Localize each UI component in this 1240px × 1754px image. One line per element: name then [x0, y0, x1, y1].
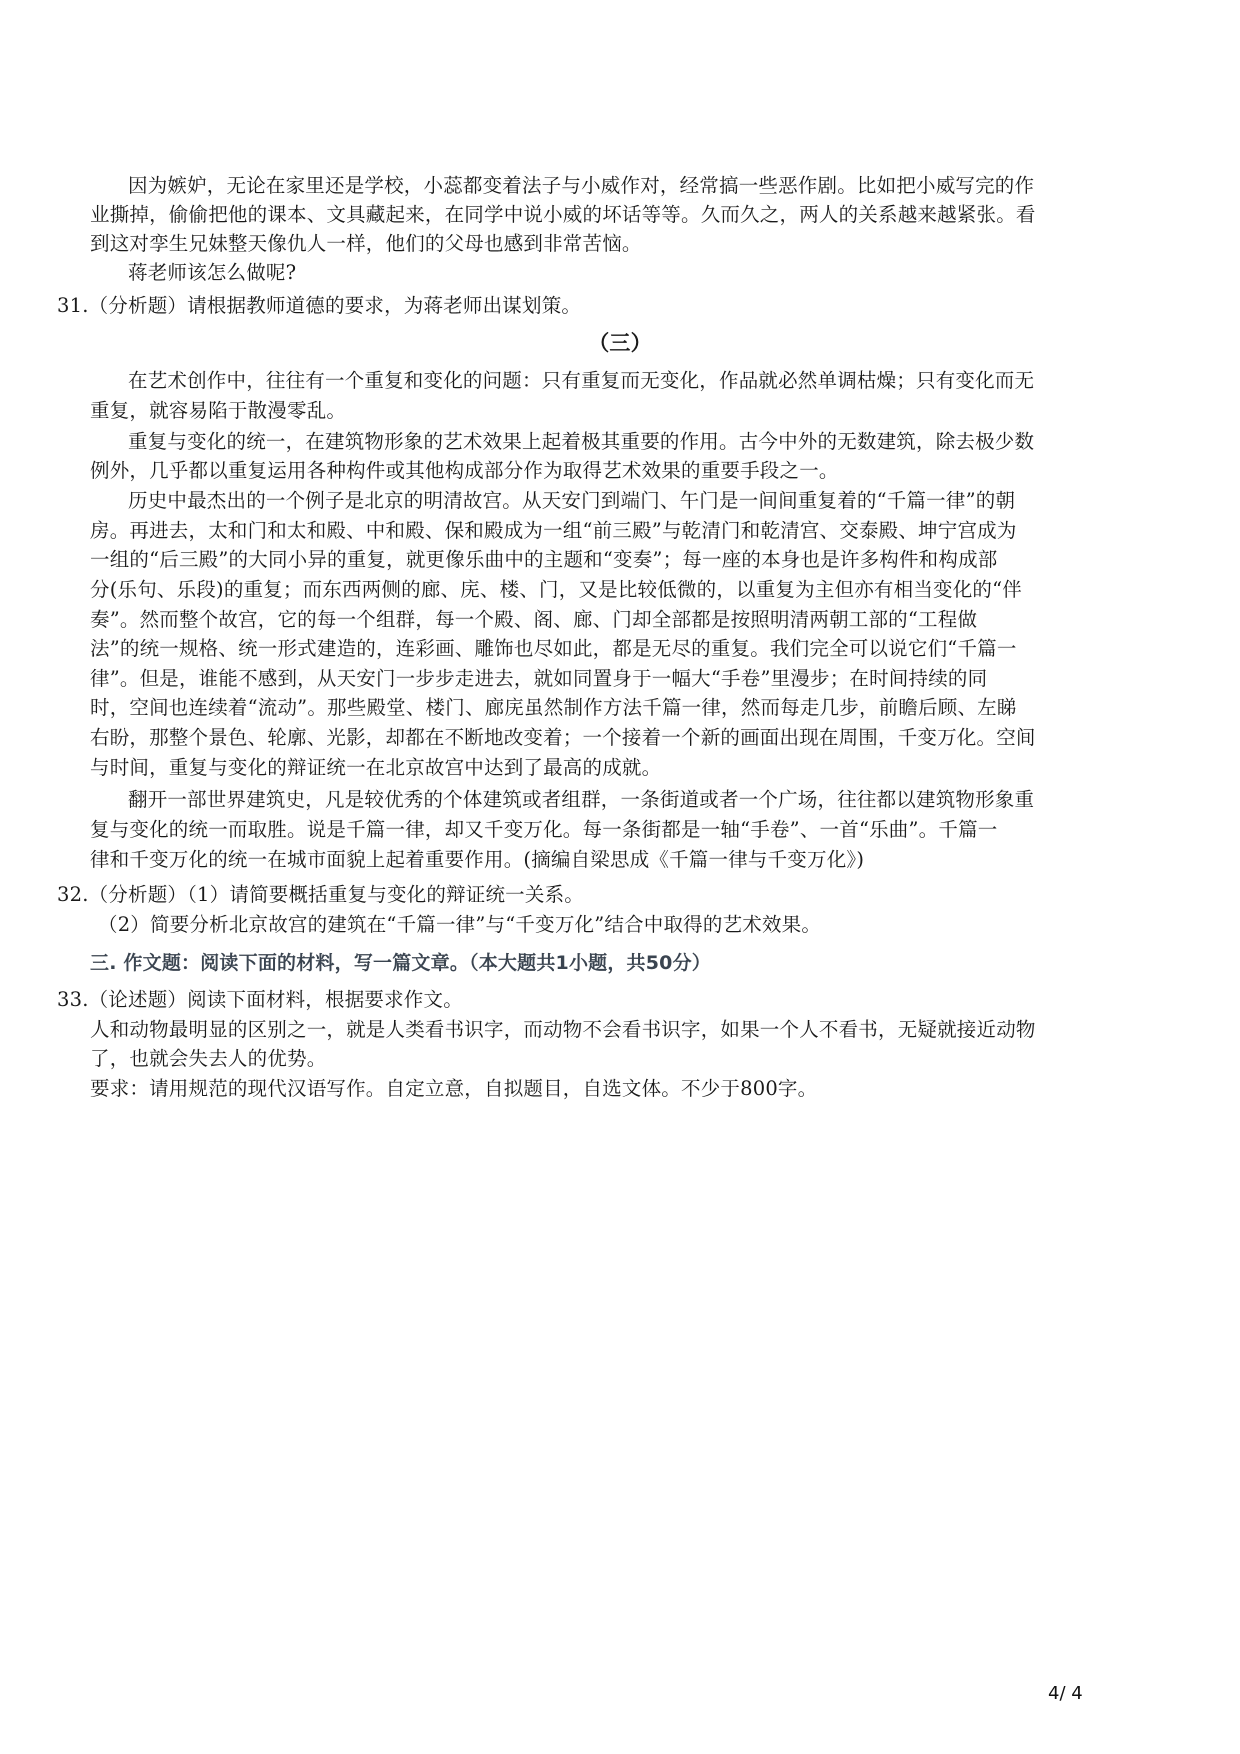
essay-material-line: 人和动物最明显的区别之一，就是人类看书识字，而动物不会看书识字，如果一个人不看书…	[90, 1015, 1135, 1045]
page-number: 4/ 4	[1048, 1683, 1083, 1704]
passage-question-line: 蒋老师该怎么做呢?	[128, 258, 1173, 288]
document-page: 因为嫉妒，无论在家里还是学校，小蕊都变着法子与小威作对，经常搞一些恶作剧。比如把…	[0, 0, 1240, 1754]
passage-line: 分(乐句、乐段)的重复；而东西两侧的廊、庑、楼、门，又是比较低微的，以重复为主但…	[90, 575, 1135, 605]
passage-line: 房。再进去，太和门和太和殿、中和殿、保和殿成为一组“前三殿”与乾清门和乾清宫、交…	[90, 516, 1135, 546]
passage-line: 重复，就容易陷于散漫零乱。	[90, 396, 1135, 426]
question-32-part-1: 32.（分析题）（1）请简要概括重复与变化的辩证统一关系。	[57, 880, 1102, 910]
passage-line: 奏”。然而整个故宫，它的每一个组群，每一个殿、阁、廊、门却全部都是按照明清两朝工…	[90, 605, 1135, 635]
question-33: 33.（论述题）阅读下面材料，根据要求作文。	[57, 985, 1102, 1015]
section-heading-essay: 三. 作文题：阅读下面的材料，写一篇文章。（本大题共1小题，共50分）	[90, 948, 1135, 978]
passage-line: 法”的统一规格、统一形式建造的，连彩画、雕饰也尽如此，都是无尽的重复。我们完全可…	[90, 634, 1135, 664]
essay-requirement: 要求：请用规范的现代汉语写作。自定立意，自拟题目，自选文体。不少于800字。	[90, 1074, 1135, 1104]
passage-line: 因为嫉妒，无论在家里还是学校，小蕊都变着法子与小威作对，经常搞一些恶作剧。比如把…	[128, 171, 1173, 201]
passage-line: 到这对孪生兄妹整天像仇人一样，他们的父母也感到非常苦恼。	[90, 229, 1135, 259]
question-32-part-2: （2）简要分析北京故宫的建筑在“千篇一律”与“千变万化”结合中取得的艺术效果。	[98, 910, 1143, 940]
passage-line: 律”。但是，谁能不感到，从天安门一步步走进去，就如同置身于一幅大“手卷”里漫步；…	[90, 664, 1135, 694]
passage-line: 在艺术创作中，往往有一个重复和变化的问题：只有重复而无变化，作品就必然单调枯燥；…	[128, 366, 1173, 396]
passage-line: 与时间，重复与变化的辩证统一在北京故宫中达到了最高的成就。	[90, 753, 1135, 783]
passage-line: 例外，几乎都以重复运用各种构件或其他构成部分作为取得艺术效果的重要手段之一。	[90, 456, 1135, 486]
passage-line: 一组的“后三殿”的大同小异的重复，就更像乐曲中的主题和“变奏”；每一座的本身也是…	[90, 545, 1135, 575]
passage-three-heading: （三）	[0, 328, 1240, 358]
passage-line: 历史中最杰出的一个例子是北京的明清故宫。从天安门到端门、午门是一间间重复着的“千…	[128, 486, 1173, 516]
passage-line: 复与变化的统一而取胜。说是千篇一律，却又千变万化。每一条街都是一轴“手卷”、一首…	[90, 815, 1135, 845]
passage-line: 重复与变化的统一，在建筑物形象的艺术效果上起着极其重要的作用。古今中外的无数建筑…	[128, 427, 1173, 457]
passage-citation-line: 律和千变万化的统一在城市面貌上起着重要作用。(摘编自梁思成《千篇一律与千变万化》…	[90, 845, 1135, 875]
question-31: 31.（分析题）请根据教师道德的要求，为蒋老师出谋划策。	[57, 291, 1102, 321]
passage-line: 时，空间也连续着“流动”。那些殿堂、楼门、廊庑虽然制作方法千篇一律，然而每走几步…	[90, 693, 1135, 723]
essay-material-line: 了，也就会失去人的优势。	[90, 1044, 1135, 1074]
passage-line: 右盼，那整个景色、轮廓、光影，却都在不断地改变着；一个接着一个新的画面出现在周围…	[90, 723, 1135, 753]
passage-line: 翻开一部世界建筑史，凡是较优秀的个体建筑或者组群，一条街道或者一个广场，往往都以…	[128, 785, 1173, 815]
passage-line: 业撕掉，偷偷把他的课本、文具藏起来，在同学中说小威的坏话等等。久而久之，两人的关…	[90, 200, 1135, 230]
